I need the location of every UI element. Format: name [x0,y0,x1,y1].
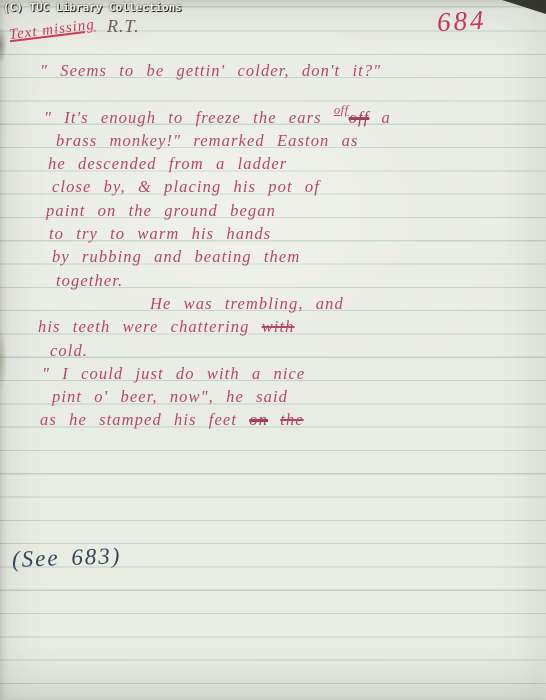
see-reference-note: (See 683) [12,543,122,573]
manuscript-line: to try to warm his hands [0,222,546,245]
manuscript-line: " Seems to be gettin' colder, don't it?" [0,59,546,82]
manuscript-line: close by, & placing his pot of [0,175,546,198]
manuscript-line: by rubbing and beating them [0,245,546,268]
manuscript-line: pint o' beer, now", he said [0,385,546,408]
scanned-manuscript-page: (C) TUC Library Collections Text missing… [0,0,546,700]
paper-edge-stain [0,28,6,62]
manuscript-line: " I could just do with a nice [0,362,546,385]
manuscript-line: brass monkey!" remarked Easton as [0,129,546,152]
manuscript-line: his teeth were chattering with [0,315,546,338]
manuscript-line: as he stamped his feet on the [0,408,546,431]
manuscript: " Seems to be gettin' colder, don't it?"… [0,59,546,432]
scan-corner-shadow [502,0,546,14]
library-watermark: (C) TUC Library Collections [3,1,182,14]
manuscript-line: he descended from a ladder [0,152,546,175]
manuscript-line: together. [0,269,546,292]
page-number: 684 [436,5,487,39]
manuscript-line: cold. [0,339,546,362]
manuscript-line: paint on the ground began [0,199,546,222]
manuscript-line: He was trembling, and [0,292,546,315]
manuscript-blank-line [0,82,546,105]
author-initials: R.T. [107,16,140,37]
text-missing-annotation: Text missing [8,17,95,44]
manuscript-line: " It's enough to freeze the ears offoff … [0,106,546,129]
